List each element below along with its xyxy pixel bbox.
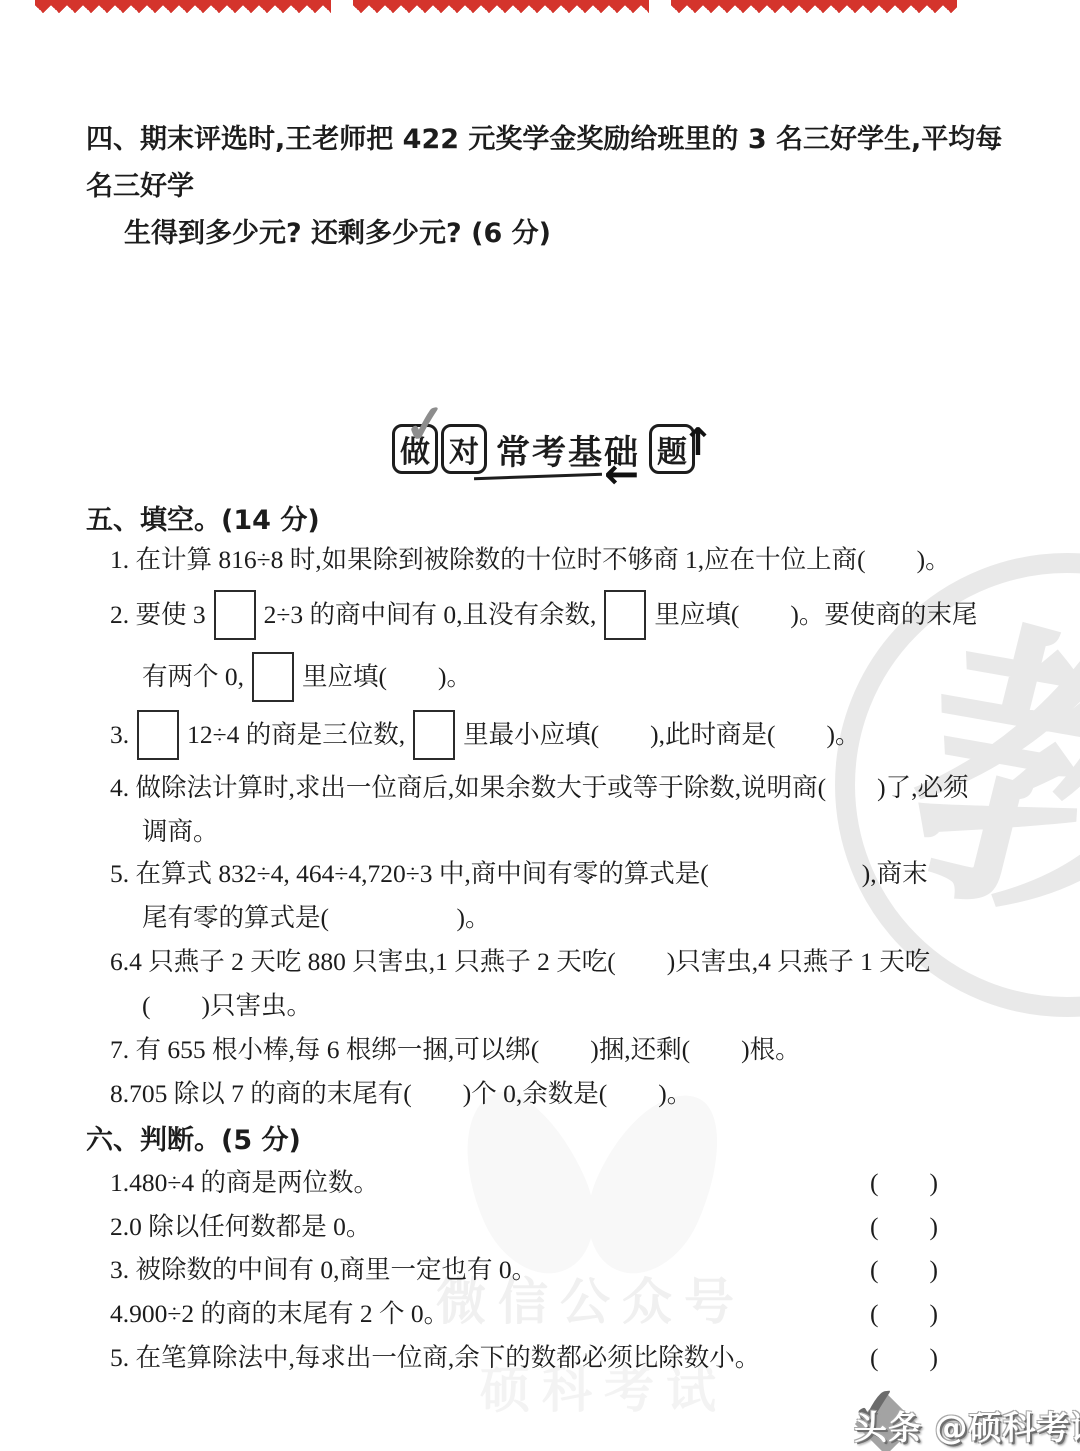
- fill-item-2-text: 2. 要使 3: [110, 595, 206, 635]
- judge-item-1-blank: ( ): [870, 1162, 938, 1204]
- top-red-zigzag-border: [35, 0, 1045, 13]
- blank-box: [604, 590, 646, 640]
- zigzag-segment: [353, 0, 649, 13]
- fill-item-3: 3. 12÷4 的商是三位数, 里最小应填( ),此时商是( )。: [110, 706, 860, 764]
- blank-box: [413, 710, 455, 760]
- fill-item-6-line2: ( )只害虫。: [110, 986, 312, 1026]
- fill-item-2-text: 里应填( )。: [302, 657, 472, 697]
- fill-item-3-text: 里最小应填( ),此时商是( )。: [463, 715, 860, 755]
- judge-item-5-text: 5. 在笔算除法中,每求出一位商,余下的数都必须比除数小。: [110, 1337, 760, 1379]
- fill-item-2-text: 有两个 0,: [142, 657, 244, 697]
- judge-item-1-text: 1.480÷4 的商是两位数。: [110, 1162, 379, 1204]
- arrow-up-icon: ↑: [682, 423, 714, 461]
- fill-item-6-line1: 6.4 只燕子 2 天吃 880 只害虫,1 只燕子 2 天吃( )只害虫,4 …: [110, 942, 930, 982]
- fill-item-8: 8.705 除以 7 的商的末尾有( )个 0,余数是( )。: [110, 1074, 692, 1114]
- fill-item-1: 1. 在计算 816÷8 时,如果除到被除数的十位时不够商 1,应在十位上商( …: [110, 540, 951, 580]
- fill-item-5-line1: 5. 在算式 832÷4, 464÷4,720÷3 中,商中间有零的算式是( )…: [110, 854, 928, 894]
- badge-box-ti: 题 ← ↑: [649, 424, 695, 474]
- blank-box: [137, 710, 179, 760]
- badge-underline: [474, 473, 602, 480]
- fill-item-2-text: 2÷3 的商中间有 0,且没有余数,: [264, 595, 597, 635]
- zigzag-segment: [671, 0, 957, 13]
- blank-box: [252, 652, 294, 702]
- question-4-line1: 四、期末评选时,王老师把 422 元奖学金奖励给班里的 3 名三好学生,平均每名…: [86, 116, 1006, 210]
- section-badge: ✓ 做 对 常考基础 题 ← ↑: [392, 424, 695, 474]
- exam-paper-page: 教 微信公众号 硕科考试 四、期末评选时,王老师把 422 元奖学金奖励给班里的…: [0, 0, 1080, 1451]
- source-logo-text: 头条 @硕科考试: [854, 1402, 1080, 1449]
- zigzag-segment: [35, 0, 331, 13]
- judge-item-4-text: 4.900÷2 的商的末尾有 2 个 0。: [110, 1293, 449, 1335]
- fill-item-2-line1: 2. 要使 3 2÷3 的商中间有 0,且没有余数, 里应填( )。要使商的末尾: [110, 586, 977, 644]
- checkmark-icon: ✓: [401, 398, 450, 454]
- source-logo: ✔ 头条 @硕科考试: [852, 1392, 1080, 1448]
- question-4-line2: 生得到多少元? 还剩多少元? (6 分): [86, 210, 1006, 257]
- judge-item-3-text: 3. 被除数的中间有 0,商里一定也有 0。: [110, 1249, 537, 1291]
- fill-item-3-text: 12÷4 的商是三位数,: [187, 715, 405, 755]
- judge-item-2: 2.0 除以任何数都是 0。 ( ): [110, 1206, 938, 1248]
- judge-item-5: 5. 在笔算除法中,每求出一位商,余下的数都必须比除数小。 ( ): [110, 1337, 938, 1379]
- judge-item-3-blank: ( ): [870, 1249, 938, 1291]
- fill-item-7: 7. 有 655 根小棒,每 6 根绑一捆,可以绑( )捆,还剩( )根。: [110, 1030, 801, 1070]
- fill-item-2-line2: 有两个 0, 里应填( )。: [110, 648, 472, 706]
- fill-item-4-line1: 4. 做除法计算时,求出一位商后,如果余数大于或等于除数,说明商( )了,必须: [110, 768, 969, 808]
- judge-item-2-text: 2.0 除以任何数都是 0。: [110, 1206, 371, 1248]
- judge-item-1: 1.480÷4 的商是两位数。 ( ): [110, 1162, 938, 1204]
- judge-item-2-blank: ( ): [870, 1206, 938, 1248]
- judge-item-5-blank: ( ): [870, 1337, 938, 1379]
- arrow-left-icon: ←: [604, 453, 639, 495]
- judge-item-4: 4.900÷2 的商的末尾有 2 个 0。 ( ): [110, 1293, 938, 1335]
- fill-item-4-line2: 调商。: [110, 812, 219, 852]
- judge-item-4-blank: ( ): [870, 1293, 938, 1335]
- fill-item-3-text: 3.: [110, 715, 129, 755]
- question-4: 四、期末评选时,王老师把 422 元奖学金奖励给班里的 3 名三好学生,平均每名…: [86, 116, 1006, 257]
- judge-item-3: 3. 被除数的中间有 0,商里一定也有 0。 ( ): [110, 1249, 938, 1291]
- fill-item-5-line2: 尾有零的算式是( )。: [110, 898, 490, 938]
- section-5-title: 五、填空。(14 分): [86, 498, 320, 537]
- section-6-title: 六、判断。(5 分): [86, 1118, 301, 1157]
- fill-item-2-text: 里应填( )。要使商的末尾: [654, 595, 977, 635]
- blank-box: [214, 590, 256, 640]
